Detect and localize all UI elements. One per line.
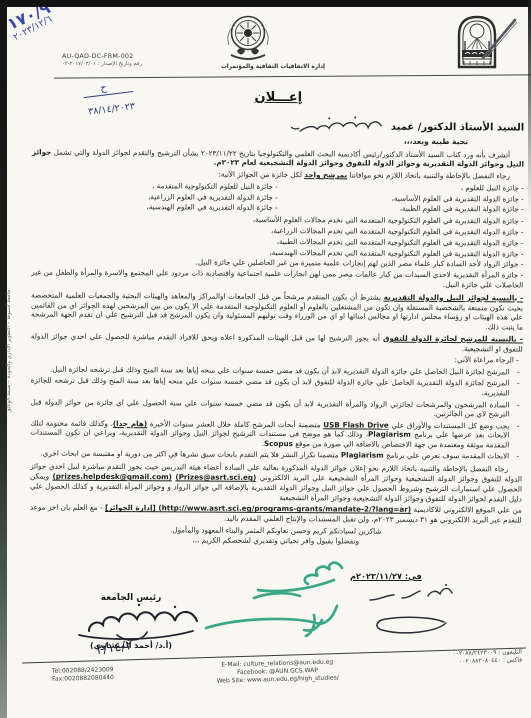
closing-paragraph-1: رجاء التفضل بالإحاطة والتنبيه باتخاذ الل…	[30, 462, 522, 504]
award-item: - جائزة الدولة التقديرية في العلوم الهند…	[32, 202, 278, 213]
margin-quality-text: جامعة أسيوط – التطوير الإداري والجودة – …	[6, 266, 12, 436]
awards-admin-bracket: [إدارة الجوائز]	[105, 503, 158, 512]
nile-awards-rule: - بالنسبة لجوائز النيل والدولة التقديرية…	[31, 290, 523, 332]
excellence-award-rule: - بالنسبة للمرشح لجائزة الدولة للتفوق أن…	[31, 331, 523, 354]
award-item: - جائزة الدولة التقديرية في العلوم الأسا…	[278, 193, 524, 204]
one-candidate-emphasis: بمرشح واحد	[304, 170, 347, 179]
dash-marker: -	[517, 421, 520, 431]
scopus-term: Scopus	[264, 439, 293, 448]
note-text: المرشح لجائزة النيل الحاصل علي جائزة الد…	[50, 365, 510, 377]
footer-contact-ar: التليفون : ٠٠٢٠٨٨/٢٤٢٣٠٠٩ فاكس : ٠٠٢٠٨٨٢…	[398, 648, 522, 667]
header-divider	[54, 74, 531, 79]
pen-stroke-mark	[465, 16, 521, 68]
greeting-line: تحية طيبة وبعد،،،	[32, 135, 468, 148]
letter-date: في: ٢٠٢٣/١١/٢٧م	[350, 571, 422, 581]
handwritten-reference-mid: ح ٣٨/١٤/٢٠٢٣	[82, 79, 136, 119]
award-item: - جائزة النيل للعلوم ،	[278, 182, 524, 193]
note-text: يجب وضع كل المستندات والأوراق علي	[389, 420, 510, 430]
scanned-announcement-document: ١٧٠/٩ ٢٠٢٣/١٢/٦ AU-QAD-DC-FRM-002 رقم وت…	[0, 0, 531, 718]
award-item: - جائزة الدولة التقديرية في العلوم الزرا…	[32, 191, 278, 202]
form-issue-date: رقم وتاريخ الإصدار : ٢٠١٧/٠٣/٠١-٠٢	[62, 61, 142, 67]
note-item-plagiarism: -الابحاث المقدمة سوف تعرض علي برنامج Pla…	[30, 449, 522, 462]
request-tail: لكل جائزة من الجوائز الآتية:	[218, 170, 304, 180]
note-text: متضمنة أبحاث المرشح كاملة خلال العشر سنو…	[147, 419, 323, 429]
intro-paragraph: أتشرف بأنه ورد كتاب السيد الأستاذ الدكتو…	[32, 147, 524, 170]
note-text: السادة المرشحون والمرشحات لجائزتي الرواد…	[30, 397, 509, 419]
green-annotation-signature	[196, 556, 352, 664]
note-text: متضمنا تكرار النشر فلا يتم التقدم بابحاث…	[40, 449, 340, 460]
awards-column-right: - جائزة النيل للعلوم ، - جائزة الدولة ال…	[278, 182, 524, 216]
dash-marker: -	[517, 452, 520, 462]
regards-line: وتفضلوا بقبول وافر تحياتي وتقديري لشخصكم…	[30, 534, 522, 547]
letter-body: إعـــلان السيد الأستاذ الدكتور/ عميد تحي…	[30, 88, 525, 547]
awards-two-columns: - جائزة النيل للعلوم ، - جائزة الدولة ال…	[32, 180, 524, 215]
award-item: - جائزة الدولة التقديرية في العلوم الطبي…	[278, 203, 524, 214]
award-item: - جائزة المرأة التقديرية لاحدي السيدات م…	[31, 268, 523, 291]
intro-text: أتشرف بأنه ورد كتاب السيد الأستاذ الدكتو…	[51, 147, 510, 159]
fax-en: Fax:0020882080440	[52, 674, 114, 683]
plagiarism-term: Plagiarism	[341, 451, 384, 460]
helpdesk-email: (prizes.helpdesk@gmail.com)	[52, 472, 172, 482]
form-code-block: AU-QAD-DC-FRM-002 رقم وتاريخ الإصدار : ٢…	[62, 52, 142, 67]
very-important-emphasis: (هام جدا)	[113, 419, 147, 428]
usb-flash-drive-term: USB Flash Drive	[323, 420, 389, 429]
request-text: رجاء التفضل بالإحاطة والتنبيه باتخاذ الل…	[347, 171, 510, 181]
request-paragraph: رجاء التفضل بالإحاطة والتنبيه باتخاذ الل…	[32, 169, 524, 182]
note-item-usb: -يجب وضع كل المستندات والأوراق علي USB F…	[30, 418, 522, 450]
plagiarism-term: Plagiarism	[368, 430, 411, 439]
academy-url: (http://www.asrt.sci.eg/programs-grants/…	[158, 504, 411, 515]
dash-marker: -	[517, 379, 520, 389]
handwritten-addressee-name	[289, 114, 385, 133]
prizes-email: (Prizes@asrt.sci.eg)	[175, 472, 256, 481]
rule-lead: - بالنسبة لجوائز النيل والدولة التقديرية	[384, 292, 524, 302]
note-item: -السادة المرشحون والمرشحات لجائزتي الروا…	[30, 397, 522, 420]
rule-lead: - بالنسبة للمرشح لجائزة الدولة للتفوق	[383, 334, 523, 344]
dash-marker: -	[517, 400, 520, 410]
handwritten-review-note	[348, 583, 460, 649]
award-item: - جائزة النيل للعلوم التكنولوجية المتقدم…	[32, 180, 278, 191]
addressee-text: السيد الأستاذ الدكتور/ عميد	[391, 121, 524, 133]
scan-edge-top	[0, 0, 531, 7]
relations-administration-logo-icon	[221, 11, 275, 69]
note-text: الابحاث المقدمة سوف تعرض علي برنامج	[384, 451, 510, 461]
note-text: المرشح لجائزة الدولة التقديرية الحاصل عل…	[31, 376, 510, 398]
closing-paragraph-2: من علي الموقع الالكتروني للاكاديمية (htt…	[30, 503, 522, 526]
form-code: AU-QAD-DC-FRM-002	[62, 52, 142, 60]
footer-contact-en: Tel:002088/2423009 Fax:0020882080440	[52, 666, 114, 684]
department-caption: إدارة الاتفاقيات الثقافية والمؤتمرات	[206, 64, 340, 70]
dash-marker: -	[517, 368, 520, 378]
notes-title: - الرجاء مراعاة الآتي:	[31, 353, 519, 366]
awards-column-left: - جائزة النيل للعلوم التكنولوجية المتقدم…	[32, 180, 278, 214]
note-item: -المرشح لجائزة الدولة التقديرية الحاصل ع…	[31, 376, 523, 399]
closing-text: من علي الموقع الالكتروني للاكاديمية	[411, 505, 522, 515]
